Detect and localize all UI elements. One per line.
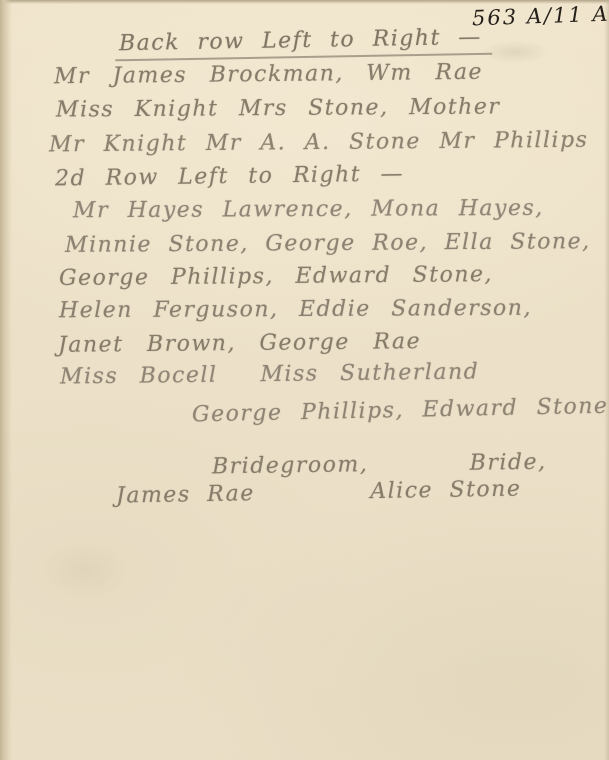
handwritten-line: Helen Ferguson, Eddie Sanderson, — [59, 296, 532, 323]
handwritten-line: Mr Knight Mr A. A. Stone Mr Phillips — [49, 128, 589, 158]
paper-edge-left-shadow — [0, 0, 12, 760]
handwritten-note-page: 563 A/11 A Back row Left to Right — Mr J… — [0, 0, 609, 760]
handwritten-line: Miss Knight Mrs Stone, Mother — [56, 94, 501, 122]
handwritten-line: Miss Bocell Miss Sutherland — [60, 359, 480, 389]
handwritten-line: Minnie Stone, George Roe, Ella Stone, — [65, 229, 591, 258]
paper-stain — [40, 540, 130, 600]
handwritten-line: George Phillips, Edward Stone, — [59, 262, 493, 291]
handwritten-line-second-row-heading: 2d Row Left to Right — — [55, 162, 404, 192]
handwritten-line: Janet Brown, George Rae — [58, 329, 421, 358]
catalog-number: 563 A/11 A — [472, 2, 609, 31]
handwritten-line-bridegroom-bride: Bridegroom, Bride, — [212, 450, 547, 480]
paper-edge-right-shadow — [604, 0, 609, 760]
handwritten-line: George Phillips, Edward Stone — [192, 394, 609, 428]
paper-edge-top-shadow — [0, 0, 609, 4]
heading-back-row: Back row Left to Right — — [115, 25, 492, 62]
handwritten-line: Mr Hayes Lawrence, Mona Hayes, — [73, 196, 544, 223]
handwritten-line: James Rae Alice Stone — [116, 476, 522, 508]
handwritten-line: Mr James Brockman, Wm Rae — [54, 60, 483, 89]
